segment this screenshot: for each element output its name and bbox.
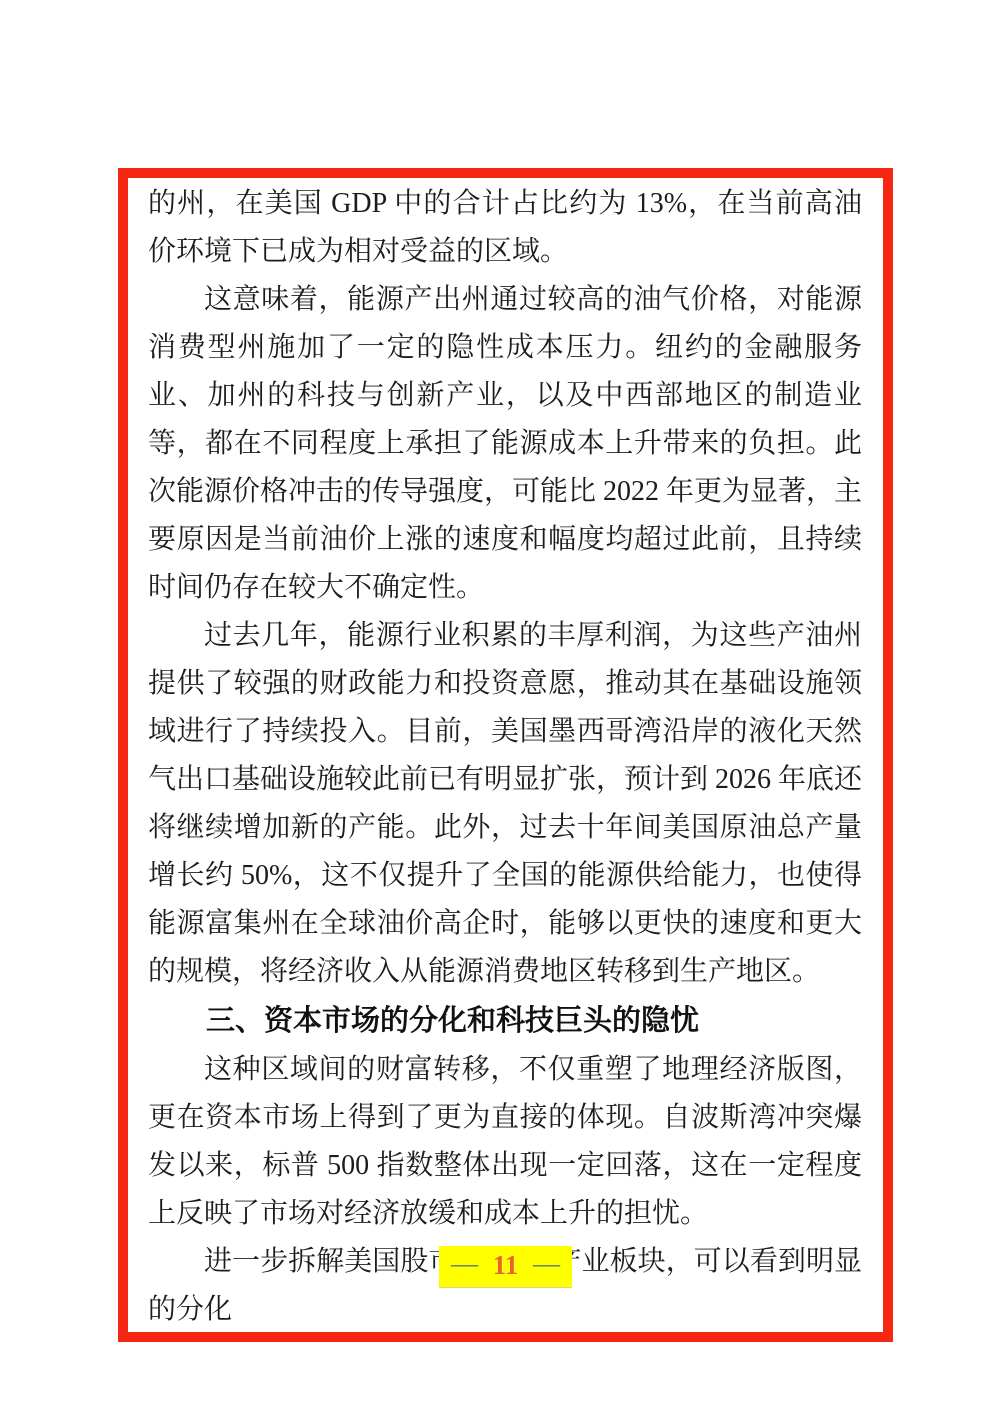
paragraph: 过去几年，能源行业积累的丰厚利润，为这些产油州提供了较强的财政能力和投资意愿，推…	[148, 612, 862, 996]
paragraph: 这种区域间的财富转移，不仅重塑了地理经济版图，更在资本市场上得到了更为直接的体现…	[148, 1046, 862, 1238]
section-heading: 三、资本市场的分化和科技巨头的隐忧	[148, 996, 862, 1046]
page-number-left-dash: —	[451, 1248, 478, 1278]
paragraph: 的州，在美国 GDP 中的合计占比约为 13%，在当前高油价环境下已成为相对受益…	[148, 180, 862, 276]
page-number-right-dash: —	[533, 1248, 560, 1278]
page-border-frame: 的州，在美国 GDP 中的合计占比约为 13%，在当前高油价环境下已成为相对受益…	[118, 168, 893, 1342]
page-content: 的州，在美国 GDP 中的合计占比约为 13%，在当前高油价环境下已成为相对受益…	[128, 178, 883, 1332]
paragraph: 这意味着，能源产出州通过较高的油气价格，对能源消费型州施加了一定的隐性成本压力。…	[148, 276, 862, 612]
page-number-badge: — 11 —	[439, 1246, 572, 1288]
page-footer: — 11 —	[128, 1246, 883, 1288]
page-number: 11	[493, 1250, 519, 1280]
